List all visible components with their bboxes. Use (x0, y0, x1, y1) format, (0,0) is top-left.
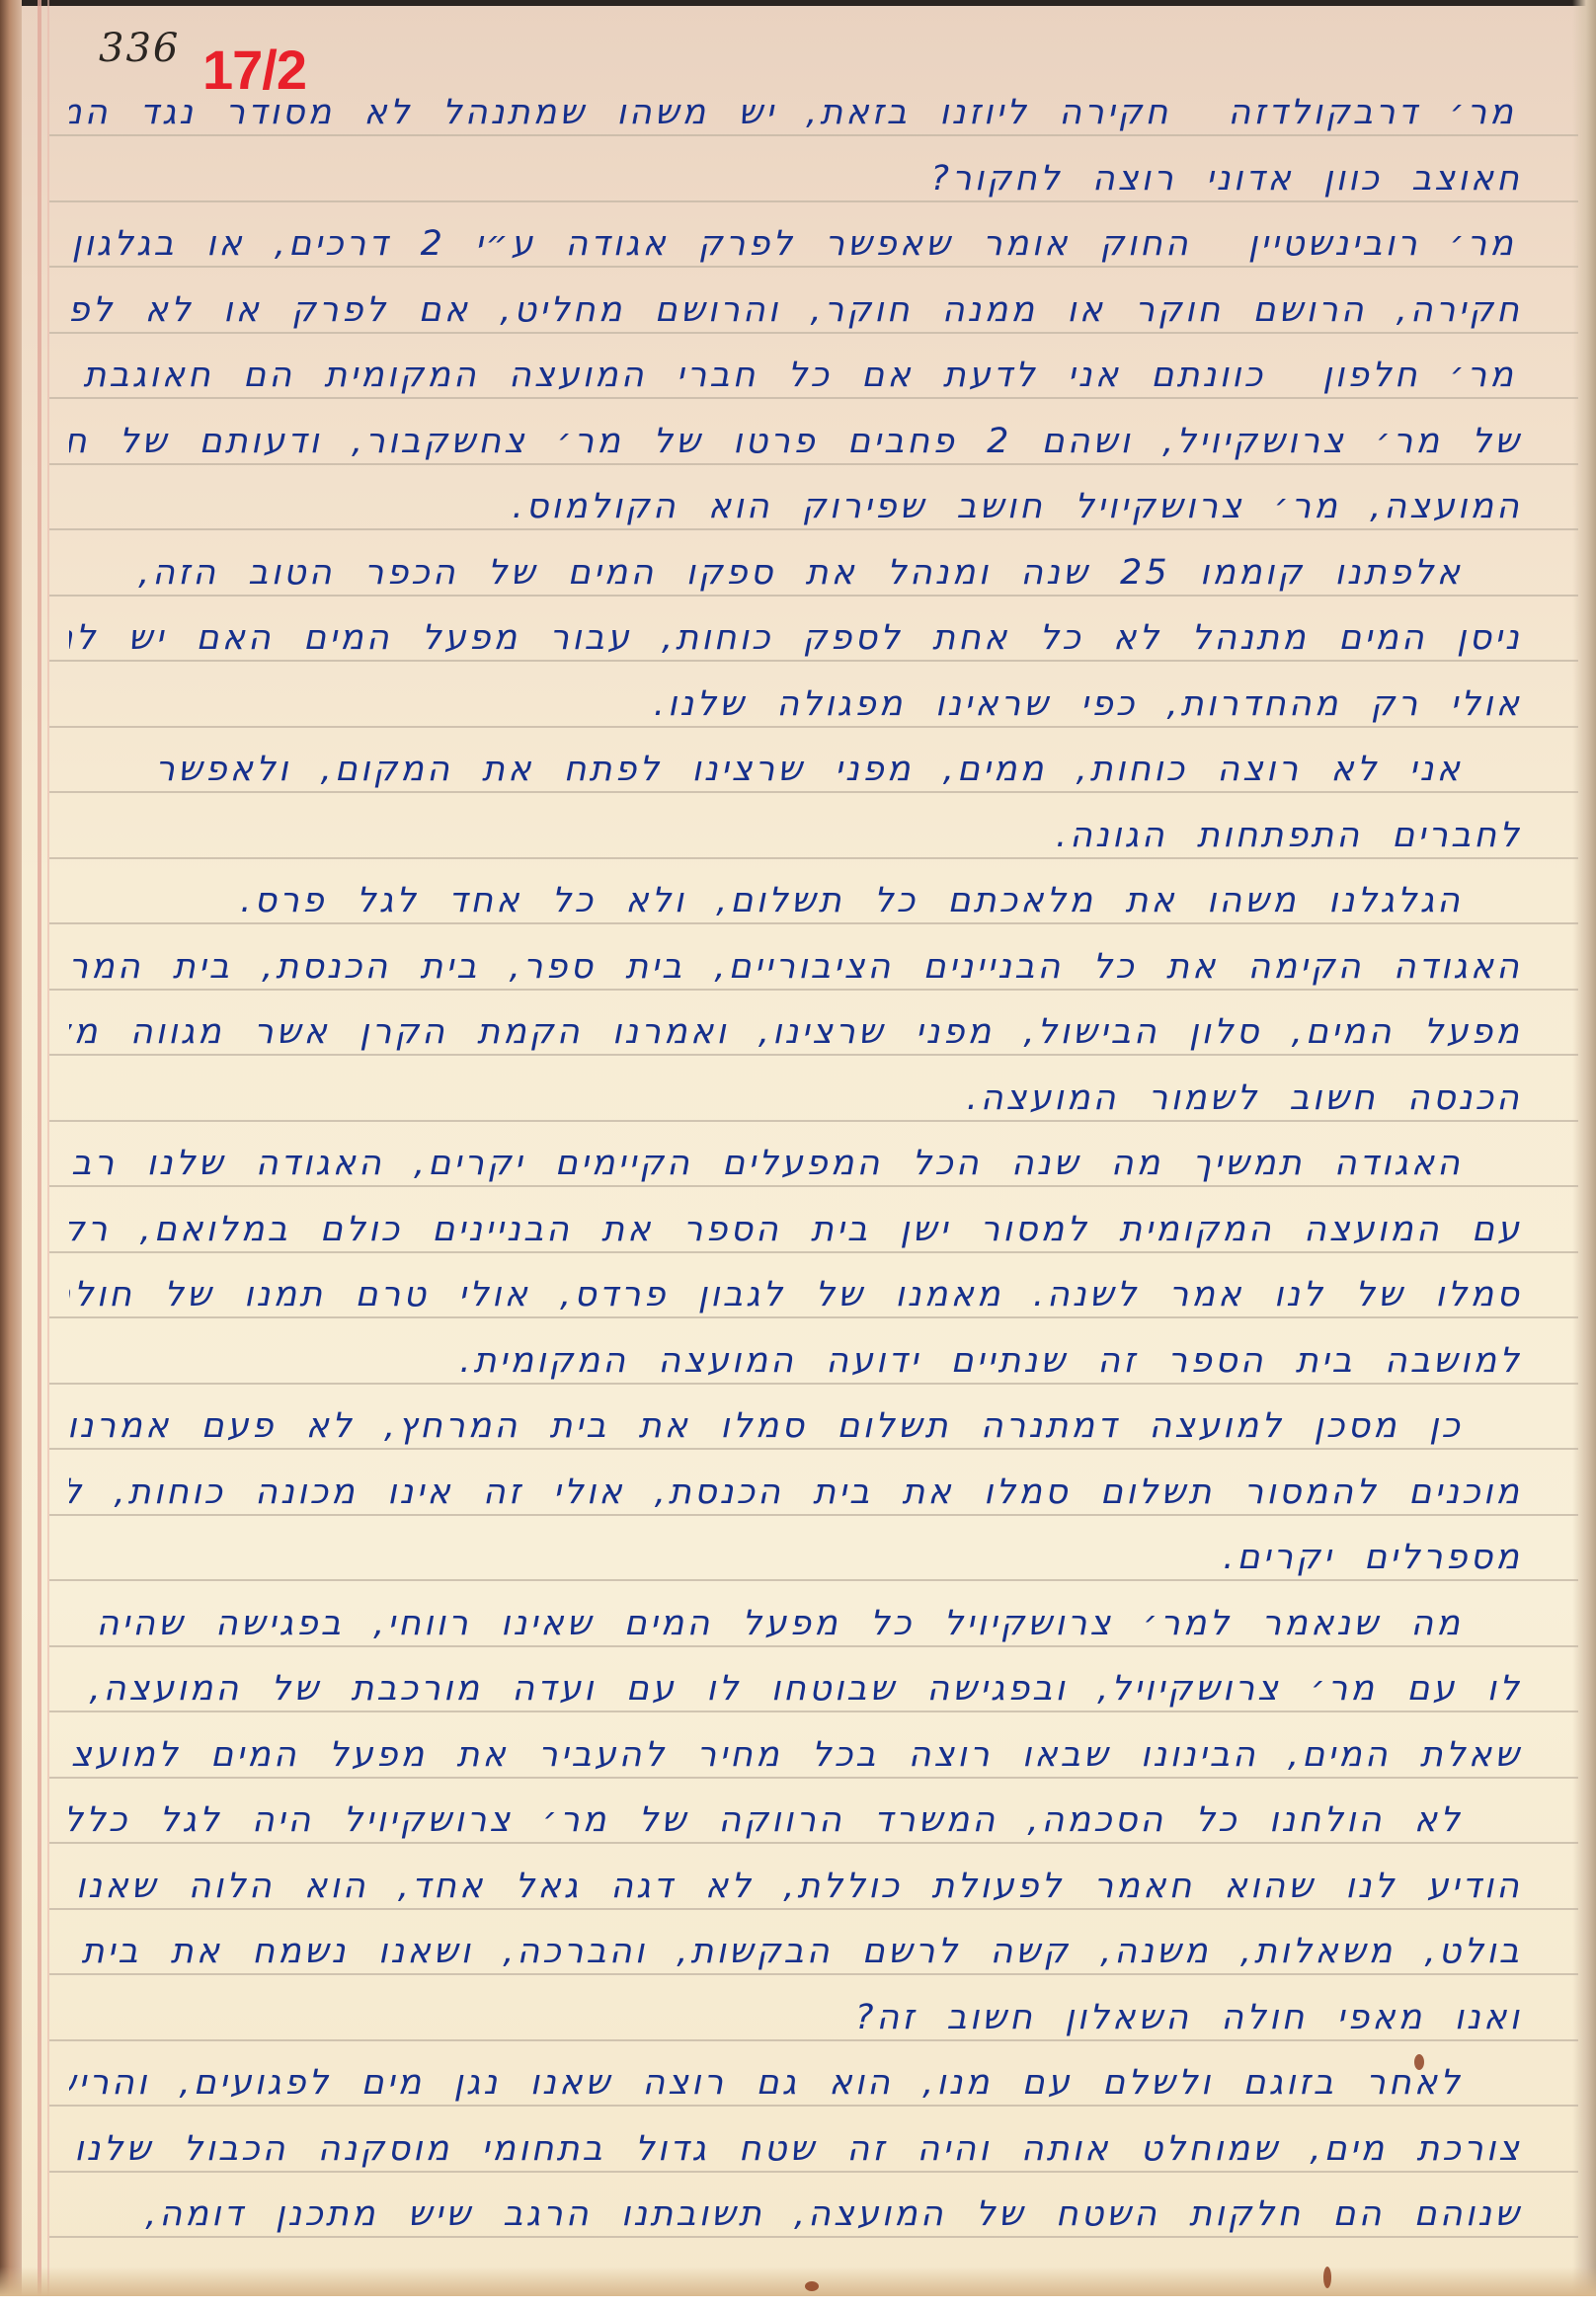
ink-stain (1323, 2267, 1331, 2288)
left-margin-rule (38, 0, 41, 2296)
handwritten-line: אני לא רוצה כוחות, ממים, מפני שרצינו לפת… (69, 740, 1522, 799)
handwritten-line: אלפתנו קוממו 25 שנה ומנהל את ספקו המים ש… (69, 543, 1522, 602)
handwritten-line: לו עם מר׳ צרושקיויל, ובפגישה שבוטחו לו ע… (69, 1659, 1522, 1718)
handwritten-line: למושבה בית הספר זה שנתיים ידועה המועצה ה… (69, 1331, 1522, 1391)
handwritten-line: חאוצב כוון אדוני רוצה לחקור? (69, 149, 1522, 208)
ink-stain (805, 2281, 819, 2291)
line-text: חאוצב כוון אדוני רוצה לחקור? (930, 159, 1522, 199)
handwritten-line: כן מסכן למועצה דמתנרה תשלום סמלו את בית … (69, 1396, 1522, 1456)
handwritten-line: לחברים התפתחות הגונה. (69, 806, 1522, 865)
handwritten-line: מה שנאמר למר׳ צרושקיויל כל מפעל המים שאי… (69, 1594, 1522, 1653)
line-text: חקירה ליוזנו בזאת, יש משהו שמתנהל לא מסו… (69, 93, 1170, 132)
line-text: כוונתם אני לדעת אם כל חברי המועצה המקומי… (69, 356, 1265, 395)
handwritten-line: שנוהם הם חלקות השטח של המועצה, תשובתנו ה… (69, 2185, 1522, 2244)
line-text: של מר׳ צרושקיויל, ושהם 2 פחבים פרטו של מ… (69, 422, 1522, 461)
line-text: ניסן המים מתנהל לא כל אחת לספק כוחות, עב… (69, 618, 1522, 658)
line-text: לא הולחנו כל הסכמה, המשרד הרווקה של מר׳ … (69, 1800, 1463, 1840)
page-bottom-edge (0, 2267, 1596, 2296)
handwritten-line: סמלו של לנו אמר לשנה. מאמנו של לגבון פרד… (69, 1265, 1522, 1324)
line-text: הודיע לנו שהוא חאמר לפעולת כוללת, לא דגה… (69, 1867, 1522, 1906)
line-text: צורכת מים, שמוחלט אותה והיה זה שטח גדול … (69, 2129, 1522, 2169)
line-text: אולי רק מהחדרות, כפי שראינו מפגולה שלנו. (654, 684, 1522, 724)
line-text: החוק אומר שאפשר לפרק אגודה ע״י 2 דרכים, … (69, 224, 1191, 264)
page-right-edge (1572, 0, 1596, 2296)
line-text: הגלגלנו משהו את מלאכתם כל תשלום, ולא כל … (240, 881, 1463, 920)
line-text: עם המועצה המקומית למסור ישן בית הספר את … (69, 1210, 1522, 1249)
handwritten-line: מספרלים יקרים. (69, 1528, 1522, 1587)
line-text: למושבה בית הספר זה שנתיים ידועה המועצה ה… (459, 1341, 1522, 1381)
handwritten-line: האגודה הקימה את כל הבניינים הציבוריים, ב… (69, 937, 1522, 996)
line-text: לאחר בזוגם ולשלם עם מנו, הוא גם רוצה שאנ… (69, 2063, 1463, 2103)
speaker-name: מר׳ דרבקולדזה (1210, 83, 1522, 142)
ink-stain (1414, 2054, 1424, 2070)
speaker-name: מר׳ רובינשטיין (1231, 214, 1522, 274)
line-text: האגודה תמשיך מה שנה הכל המפעלים הקיימים … (69, 1144, 1463, 1183)
handwritten-line: המועצה, מר׳ צרושקיויל חושב שפירוק הוא הק… (69, 477, 1522, 536)
line-text: חקירה, הרושם חוקר או ממנה חוקר, והרושם מ… (69, 290, 1522, 330)
speaker-name: מר׳ חלפון (1305, 346, 1522, 405)
line-text: סמלו של לנו אמר לשנה. מאמנו של לגבון פרד… (69, 1275, 1522, 1314)
line-text: מה שנאמר למר׳ צרושקיויל כל מפעל המים שאי… (97, 1604, 1463, 1643)
line-text: אלפתנו קוממו 25 שנה ומנהל את ספקו המים ש… (138, 553, 1463, 593)
page-binding-edge (0, 0, 22, 2296)
line-text: בולט, משאלות, משנה, קשה לרשם הבקשות, והב… (69, 1932, 1522, 1971)
line-text: מוכנים להמסור תשלום סמלו את בית הכנסת, א… (69, 1472, 1522, 1512)
line-text: שאלת המים, הבינונו שבאו רוצה בכל מחיר לה… (69, 1735, 1522, 1775)
line-text: מפעל המים, סלון הבישול, מפני שרצינו, ואמ… (69, 1012, 1522, 1052)
handwritten-line: חקירה, הרושם חוקר או ממנה חוקר, והרושם מ… (69, 280, 1522, 340)
line-text: המועצה, מר׳ צרושקיויל חושב שפירוק הוא הק… (512, 487, 1522, 526)
line-text: שנוהם הם חלקות השטח של המועצה, תשובתנו ה… (145, 2194, 1522, 2234)
handwritten-line: הודיע לנו שהוא חאמר לפעולת כוללת, לא דגה… (69, 1857, 1522, 1916)
line-text: לחברים התפתחות הגונה. (1056, 816, 1522, 855)
handwritten-line: שאלת המים, הבינונו שבאו רוצה בכל מחיר לה… (69, 1725, 1522, 1785)
handwritten-line: אולי רק מהחדרות, כפי שראינו מפגולה שלנו. (69, 675, 1522, 734)
page-number: 336 (99, 26, 180, 71)
handwritten-line: לא הולחנו כל הסכמה, המשרד הרווקה של מר׳ … (69, 1791, 1522, 1850)
handwritten-line: בולט, משאלות, משנה, קשה לרשם הבקשות, והב… (69, 1922, 1522, 1981)
page-top-edge (0, 0, 1596, 6)
line-text: כן מסכן למועצה דמתנרה תשלום סמלו את בית … (69, 1406, 1463, 1446)
line-text: לו עם מר׳ צרושקיויל, ובפגישה שבוטחו לו ע… (69, 1669, 1522, 1709)
handwritten-line: הגלגלנו משהו את מלאכתם כל תשלום, ולא כל … (69, 871, 1522, 930)
line-text: ואנו מאפי חולה השאלון חשוב זה? (855, 1998, 1522, 2037)
line-text: אני לא רוצה כוחות, ממים, מפני שרצינו לפת… (155, 750, 1463, 789)
handwritten-line: ואנו מאפי חולה השאלון חשוב זה? (69, 1988, 1522, 2047)
handwritten-line: הכנסה חשוב לשמור המועצה. (69, 1069, 1522, 1128)
handwritten-line: האגודה תמשיך מה שנה הכל המפעלים הקיימים … (69, 1134, 1522, 1193)
handwritten-line: מר׳ רובינשטייןהחוק אומר שאפשר לפרק אגודה… (69, 214, 1522, 274)
handwritten-line: עם המועצה המקומית למסור ישן בית הספר את … (69, 1200, 1522, 1259)
handwritten-line: של מר׳ צרושקיויל, ושהם 2 פחבים פרטו של מ… (69, 412, 1522, 471)
handwritten-line: מפעל המים, סלון הבישול, מפני שרצינו, ואמ… (69, 1002, 1522, 1062)
handwritten-line: מוכנים להמסור תשלום סמלו את בית הכנסת, א… (69, 1463, 1522, 1522)
left-margin-rule-secondary (47, 0, 49, 2296)
handwritten-line: לאחר בזוגם ולשלם עם מנו, הוא גם רוצה שאנ… (69, 2053, 1522, 2112)
line-text: הכנסה חשוב לשמור המועצה. (967, 1078, 1522, 1118)
handwritten-line: מר׳ דרבקולדזהחקירה ליוזנו בזאת, יש משהו … (69, 83, 1522, 142)
line-text: מספרלים יקרים. (1223, 1538, 1522, 1577)
line-text: האגודה הקימה את כל הבניינים הציבוריים, ב… (69, 947, 1522, 987)
handwritten-line: מר׳ חלפוןכוונתם אני לדעת אם כל חברי המוע… (69, 346, 1522, 405)
handwritten-line: צורכת מים, שמוחלט אותה והיה זה שטח גדול … (69, 2119, 1522, 2179)
handwritten-line: ניסן המים מתנהל לא כל אחת לספק כוחות, עב… (69, 608, 1522, 668)
diary-page: 336 17/2 מר׳ דרבקולדזהחקירה ליוזנו בזאת,… (0, 0, 1596, 2296)
